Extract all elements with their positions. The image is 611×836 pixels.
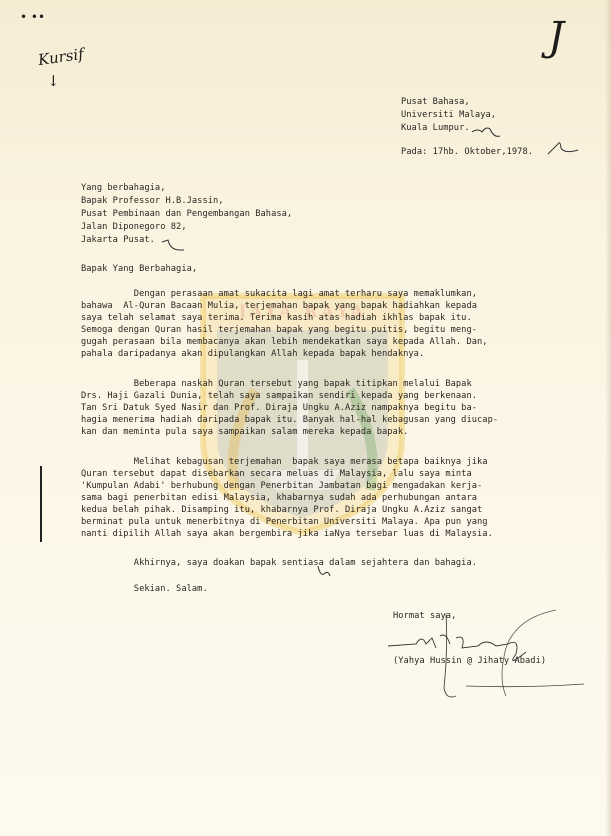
letter-page: JAYA RAYA • •• Kursif ↓ J Pusat Bahasa, … — [0, 0, 611, 836]
pen-insertion-mark-icon — [316, 566, 336, 582]
paragraph-line: Tan Sri Datuk Syed Nasir dan Prof. Diraj… — [81, 402, 477, 415]
date-line: Pada: 17hb. Oktober,1978. — [401, 146, 533, 159]
paragraph-line: Quran tersebut dapat disebarkan secara m… — [81, 468, 472, 481]
paragraph-line: kan dan meminta pula saya sampaikan sala… — [81, 426, 408, 439]
pen-check-icon — [548, 140, 608, 160]
paragraph-line: Dengan perasaan amat sukacita lagi amat … — [81, 288, 477, 301]
paragraph-line: 'Kumpulan Adabi' berhubung dengan Penerb… — [81, 480, 482, 493]
paragraph-line: berminat pula untuk menerbitnya di Pener… — [81, 516, 488, 529]
dots-mark: • •• — [20, 10, 45, 24]
handwritten-mark-j: J — [548, 14, 564, 60]
pen-squiggle-icon — [160, 236, 200, 256]
paragraph-line: saya telah selamat saya terima. Terima k… — [81, 312, 472, 325]
handwritten-note-kursif: Kursif — [37, 45, 85, 69]
paragraph-line: Beberapa naskah Quran tersebut yang bapa… — [81, 378, 472, 391]
margin-bracket-mark — [40, 466, 46, 542]
farewell-line: Sekian. Salam. — [81, 583, 208, 596]
paragraph-line: kedua belah pihak. Disamping itu, khabar… — [81, 504, 482, 517]
sender-address-line: Pusat Bahasa, — [401, 96, 470, 109]
paragraph-line: gugah perasaan bila membacanya akan lebi… — [81, 336, 488, 349]
paragraph-line: pahala daripadanya akan dipulangkan Alla… — [81, 348, 424, 361]
sender-address-line: Universiti Malaya, — [401, 109, 496, 122]
closing-line: Akhirnya, saya doakan bapak sentiasa dal… — [81, 557, 477, 570]
salutation: Bapak Yang Berbahagia, — [81, 263, 197, 276]
recipient-line: Jalan Diponegoro 82, — [81, 221, 187, 234]
paragraph-line: Drs. Haji Gazali Dunia, telah saya sampa… — [81, 390, 477, 403]
signatory-name: (Yahya Hussin @ Jihaty Abadi) — [393, 655, 546, 668]
pen-squiggle-icon — [470, 124, 530, 144]
paragraph-line: sama bagi penerbitan edisi Malaysia, kha… — [81, 492, 477, 505]
recipient-line: Bapak Professor H.B.Jassin, — [81, 195, 224, 208]
recipient-line: Jakarta Pusat. — [81, 234, 155, 247]
recipient-line: Yang berbahagia, — [81, 182, 166, 195]
paragraph-line: bahawa Al-Quran Bacaan Mulia, terjemahan… — [81, 300, 477, 313]
sender-address-line: Kuala Lumpur. — [401, 122, 470, 135]
recipient-line: Pusat Pembinaan dan Pengembangan Bahasa, — [81, 208, 292, 221]
paragraph-line: Semoga dengan Quran hasil terjemahan bap… — [81, 324, 477, 337]
paragraph-line: nanti dipilih Allah saya akan bergembira… — [81, 528, 493, 541]
arrow-down-icon: ↓ — [47, 72, 60, 90]
paragraph-line: hagia menerima hadiah daripada bapak itu… — [81, 414, 498, 427]
paragraph-line: Melihat kebagusan terjemahan bapak saya … — [81, 456, 488, 469]
